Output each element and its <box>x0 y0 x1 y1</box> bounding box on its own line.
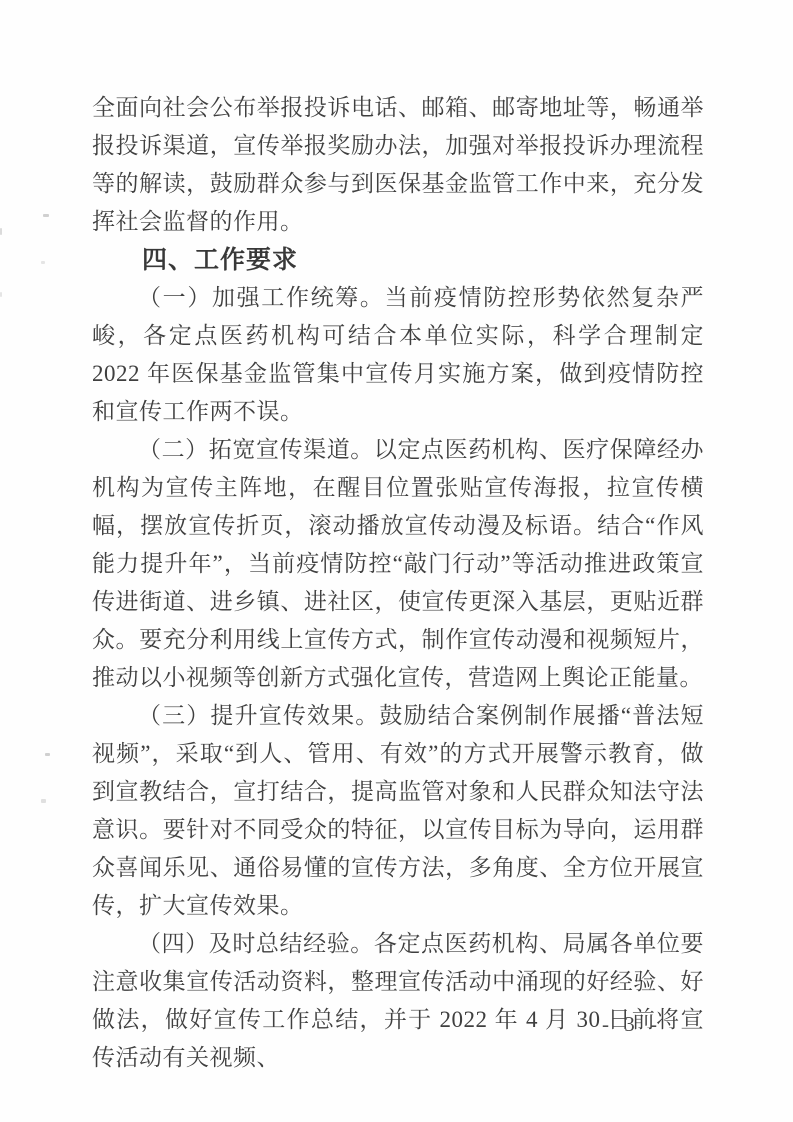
section-heading-work-requirements: 四、工作要求 <box>92 241 704 279</box>
paragraph-continuation: 全面向社会公布举报投诉电话、邮箱、邮寄地址等，畅通举报投诉渠道，宣传举报奖励办法… <box>92 89 704 241</box>
scan-artifact <box>0 228 2 235</box>
document-page: 全面向社会公布举报投诉电话、邮箱、邮寄地址等，畅通举报投诉渠道，宣传举报奖励办法… <box>0 0 793 1122</box>
scan-artifact <box>0 292 2 297</box>
page-number: - 3 - <box>602 1012 662 1037</box>
paragraph-item-4: （四）及时总结经验。各定点医药机构、局属各单位要注意收集宣传活动资料，整理宣传活… <box>92 925 704 1077</box>
document-body: 全面向社会公布举报投诉电话、邮箱、邮寄地址等，畅通举报投诉渠道，宣传举报奖励办法… <box>92 89 704 1077</box>
paragraph-item-3: （三）提升宣传效果。鼓励结合案例制作展播“普法短视频”，采取“到人、管用、有效”… <box>92 697 704 925</box>
paragraph-item-1: （一）加强工作统筹。当前疫情防控形势依然复杂严峻，各定点医药机构可结合本单位实际… <box>92 279 704 431</box>
scan-artifact <box>41 799 46 803</box>
paragraph-item-2: （二）拓宽宣传渠道。以定点医药机构、医疗保障经办机构为宣传主阵地，在醒目位置张贴… <box>92 431 704 697</box>
scan-artifact <box>41 261 45 264</box>
scan-artifact <box>43 214 49 217</box>
scan-artifact <box>45 753 50 756</box>
